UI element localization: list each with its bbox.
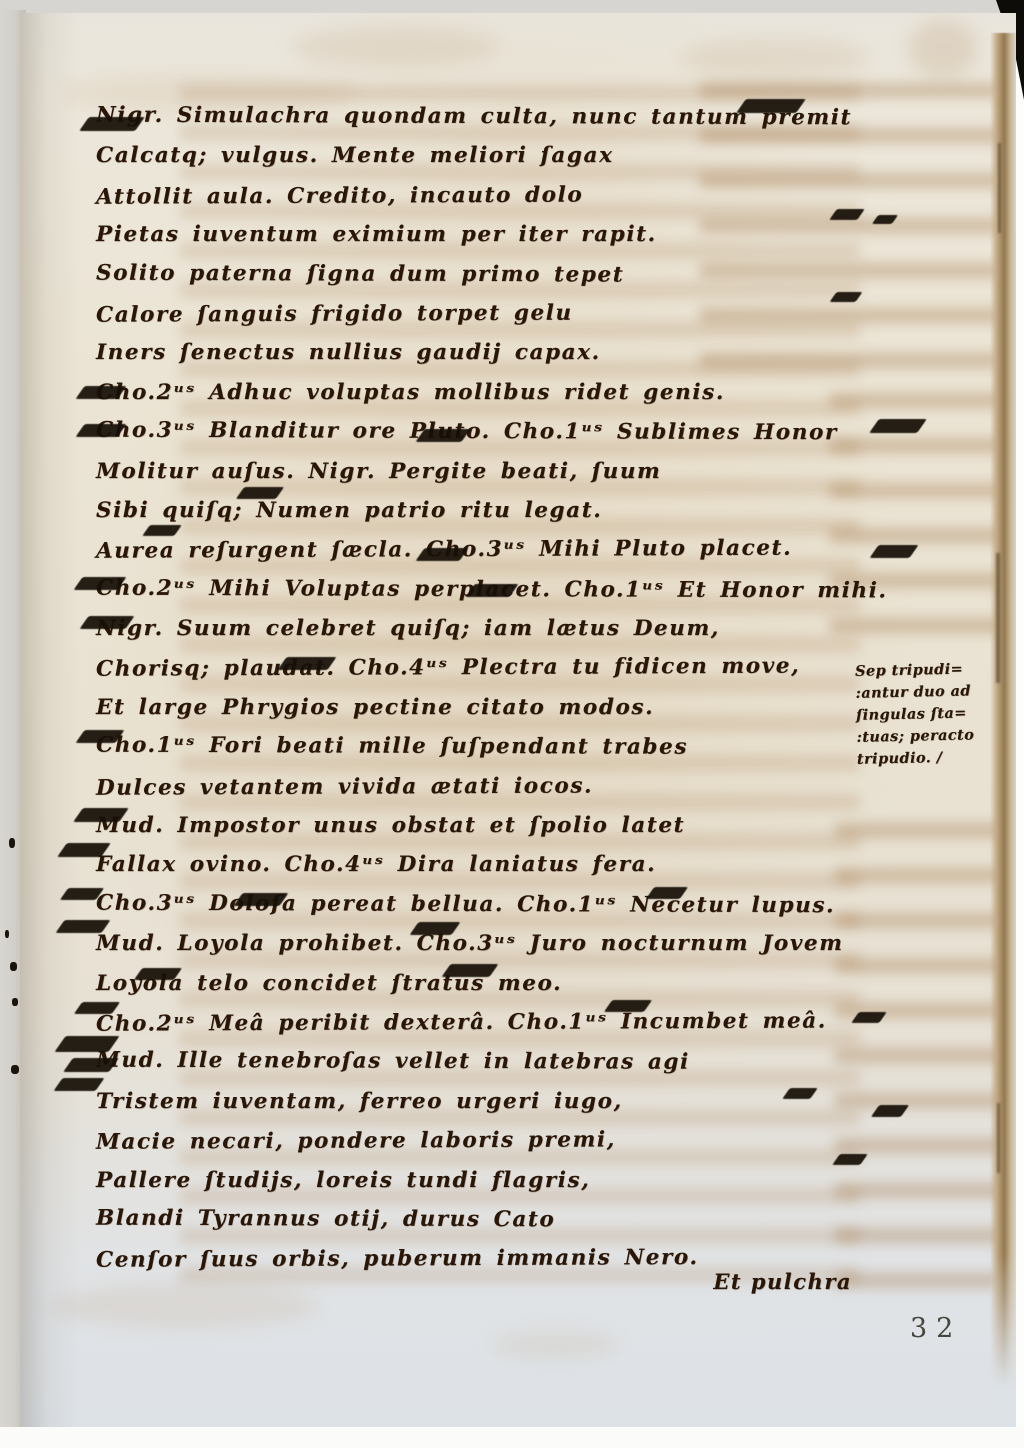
ink-blot: [79, 616, 134, 629]
verse-line: Mud. Loyola prohibet. Cho.3ᵘˢ Juro noctu…: [96, 924, 872, 963]
binding-speck: [5, 930, 9, 938]
stain-blob: [50, 1283, 320, 1329]
verse-line: Sibi quiſq; Numen patrio ritu legat.: [96, 491, 872, 530]
ink-blot: [233, 893, 288, 906]
stain-blob: [490, 1329, 620, 1361]
verse-line: Calcatq; vulgus. Mente meliori ſagax: [96, 136, 872, 175]
ink-blot: [236, 487, 284, 499]
ink-blot: [415, 429, 470, 442]
fore-edge: [990, 33, 1016, 1413]
ink-blot: [415, 548, 468, 561]
manuscript-scan: Nigr. Simulachra quondam culta, nunc tan…: [0, 0, 1024, 1448]
fore-edge-streak: [997, 1103, 1000, 1173]
verse-text-block: Nigr. Simulachra quondam culta, nunc tan…: [96, 97, 872, 1279]
ink-blot: [79, 117, 145, 131]
ink-blot: [441, 964, 498, 977]
verse-line: Nigr. Suum celebret quiſq; iam lætus Deu…: [96, 609, 872, 648]
ink-blot: [73, 808, 129, 822]
verse-line: Cho.2ᵘˢ Meâ peribit dexterâ. Cho.1ᵘˢ Inc…: [96, 1001, 872, 1044]
verse-line: Chorisq; plaudat. Cho.4ᵘˢ Plectra tu fid…: [96, 647, 872, 690]
binding-speck: [10, 962, 17, 971]
ink-blot: [134, 968, 182, 980]
page-paper: Nigr. Simulachra quondam culta, nunc tan…: [20, 13, 1016, 1427]
verse-line: Dulces vetantem vivida ætati iocos.: [96, 765, 872, 808]
verse-line: Calore ſanguis frigido torpet gelu: [96, 292, 872, 335]
stain-blob: [680, 37, 870, 79]
ink-blot: [277, 657, 336, 670]
ink-blot: [55, 920, 110, 933]
scanner-bottom-strip: [0, 1427, 1024, 1448]
fore-edge-streak: [996, 553, 1000, 683]
binding-speck: [9, 838, 15, 848]
verse-line: Mud. Impostor unus obstat et ſpolio late…: [96, 806, 872, 845]
page-number: 32: [910, 1313, 962, 1344]
verse-line: Blandi Tyrannus otij, durus Cato: [96, 1199, 872, 1241]
verse-line: Cho.3ᵘˢ Doloſa pereat bellua. Cho.1ᵘˢ Ne…: [96, 883, 872, 925]
verse-line: Tristem iuventam, ferreo urgeri iugo,: [96, 1082, 872, 1121]
ink-blot: [54, 1036, 119, 1052]
verse-line: Pietas iuventum eximium per iter rapit.: [96, 215, 872, 254]
ink-blot: [736, 99, 806, 113]
binding-speck: [12, 998, 18, 1006]
fore-edge-streak: [998, 143, 1001, 233]
binding-speck: [11, 1065, 19, 1074]
fore-edge-fade: [990, 1253, 1016, 1423]
verse-line: Cho.3ᵘˢ Blanditur ore Pluto. Cho.1ᵘˢ Sub…: [96, 411, 872, 453]
stain-blob: [908, 19, 978, 79]
gutter-shadow: [20, 13, 80, 1427]
verse-line: Fallax ovino. Cho.4ᵘˢ Dira laniatus fera…: [96, 845, 872, 884]
verse-line: Et large Phrygios pectine citato modos.: [96, 688, 872, 727]
catchword: Et pulchra: [580, 1269, 852, 1294]
ink-blot: [869, 419, 927, 433]
verse-line: Iners ſenectus nullius gaudij capax.: [96, 333, 872, 372]
stain-blob: [290, 25, 500, 69]
verse-line: Molitur auſus. Nigr. Pergite beati, ſuum: [96, 452, 872, 491]
verse-line: Solito paterna ſigna dum primo tepet: [96, 253, 872, 295]
ink-blot: [63, 1058, 119, 1072]
ink-blot: [604, 1000, 652, 1012]
verse-line: Cho.1ᵘˢ Fori beati mille ſuſpendant trab…: [96, 726, 872, 768]
ink-blot: [73, 577, 126, 590]
verse-line: Aurea reſurgent ſæcla. Cho.3ᵘˢ Mihi Plut…: [96, 529, 872, 572]
ink-blot: [465, 584, 518, 597]
verse-line: Cho.2ᵘˢ Adhuc voluptas mollibus ridet ge…: [96, 373, 872, 412]
verse-line: Mud. Ille tenebroſas vellet in latebras …: [96, 1041, 872, 1083]
verse-line: Attollit aula. Credito, incauto dolo: [96, 174, 872, 217]
verse-line: Macie necari, pondere laboris premi,: [96, 1119, 872, 1162]
verse-line: Pallere ſtudijs, loreis tundi flagris,: [96, 1161, 872, 1200]
